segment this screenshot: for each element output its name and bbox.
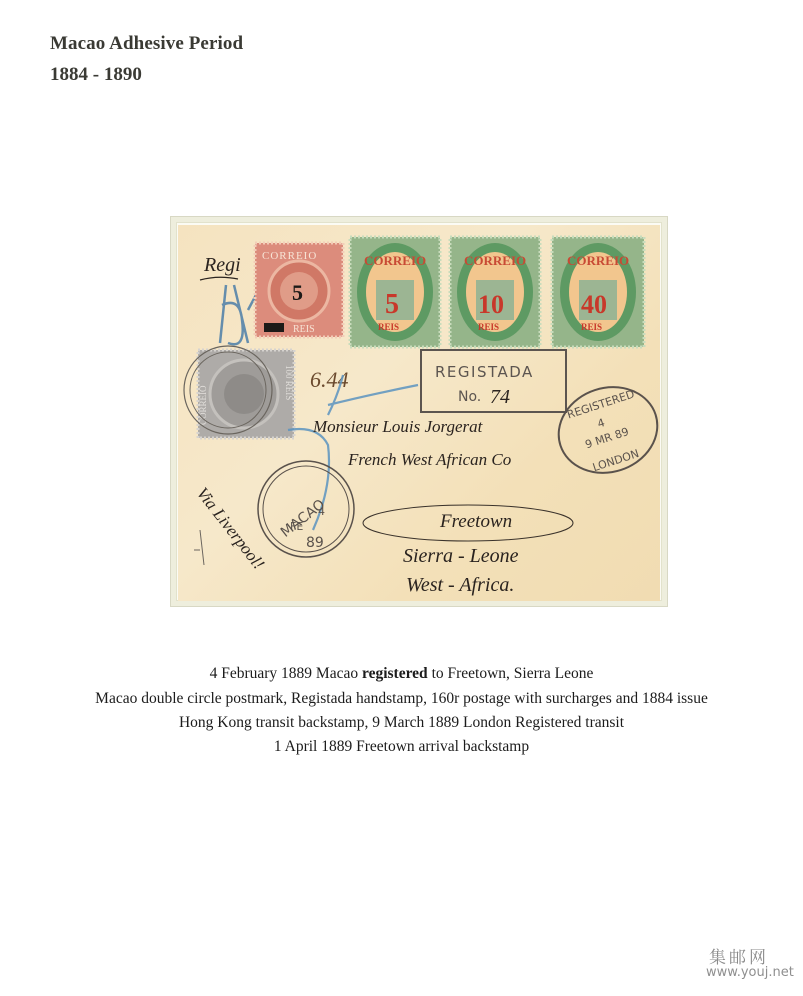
svg-text:Sierra - Leone: Sierra - Leone [403,545,519,567]
macao-double-circle-postmark: MACAO 4 FE 89 [258,461,354,557]
svg-text:10: 10 [478,290,504,319]
svg-text:CORREIO: CORREIO [364,253,426,268]
svg-text:REIS: REIS [378,322,399,332]
address-block: Monsieur Louis Jorgerat French West Afri… [312,417,573,596]
stamp-40-reis-green: CORREIO 40 REIS [552,237,644,347]
caption-line-3: Hong Kong transit backstamp, 9 March 188… [0,714,803,732]
svg-text:89: 89 [306,535,324,551]
svg-text:West - Africa.: West - Africa. [406,574,514,596]
svg-text:CORREIO: CORREIO [262,250,317,262]
stamp-100-reis-grey: CORREIO 100 REIS [184,346,294,438]
svg-text:5: 5 [292,280,303,305]
svg-text:CORREIO: CORREIO [464,253,526,268]
svg-text:Monsieur Louis Jorgerat: Monsieur Louis Jorgerat [312,417,484,436]
svg-text:REIS: REIS [581,322,602,332]
svg-text:Freetown: Freetown [439,511,512,532]
stamp-5-reis-green: CORREIO 5 REIS [350,237,440,347]
svg-text:French West African Co: French West African Co [347,450,511,469]
caption-line-4: 1 April 1889 Freetown arrival backstamp [0,738,803,756]
svg-text:100 REIS: 100 REIS [284,365,294,400]
svg-text:LONDON: LONDON [591,447,641,474]
london-registered-postmark: REGISTERED 4 9 MR 89 LONDON [547,375,660,486]
svg-text:REIS: REIS [293,324,315,335]
svg-text:CORREIO: CORREIO [567,253,629,268]
svg-text:4: 4 [318,505,325,518]
svg-text:No.: No. [458,389,481,405]
svg-text:REIS: REIS [478,322,499,332]
caption-line-2: Macao double circle postmark, Registada … [0,690,803,708]
stamp-10-reis-green: CORREIO 10 REIS [450,237,540,347]
cover-envelope: Regi CORREIO 5 REIS CORREIO 5 REIS [178,225,660,601]
svg-text:74: 74 [490,386,510,408]
page-title: Macao Adhesive Period [50,33,243,55]
svg-text:FE: FE [290,520,303,533]
svg-text:40: 40 [581,290,607,319]
svg-text:4: 4 [596,416,607,431]
svg-text:9 MR 89: 9 MR 89 [584,425,631,451]
route-note: Via Liverpool! [193,484,269,573]
manuscript-registered: Regi [203,254,241,276]
stamp-5-reis-surcharge-red: CORREIO 5 REIS [255,243,343,337]
watermark-url: www.youj.net [706,965,794,980]
registada-handstamp: REGISTADA No. 74 [421,350,566,412]
svg-text:REGISTADA: REGISTADA [435,363,534,381]
page-subtitle: 1884 - 1890 [50,64,142,86]
svg-text:5: 5 [385,289,399,320]
caption-line-1: 4 February 1889 Macao registered to Free… [0,665,803,683]
